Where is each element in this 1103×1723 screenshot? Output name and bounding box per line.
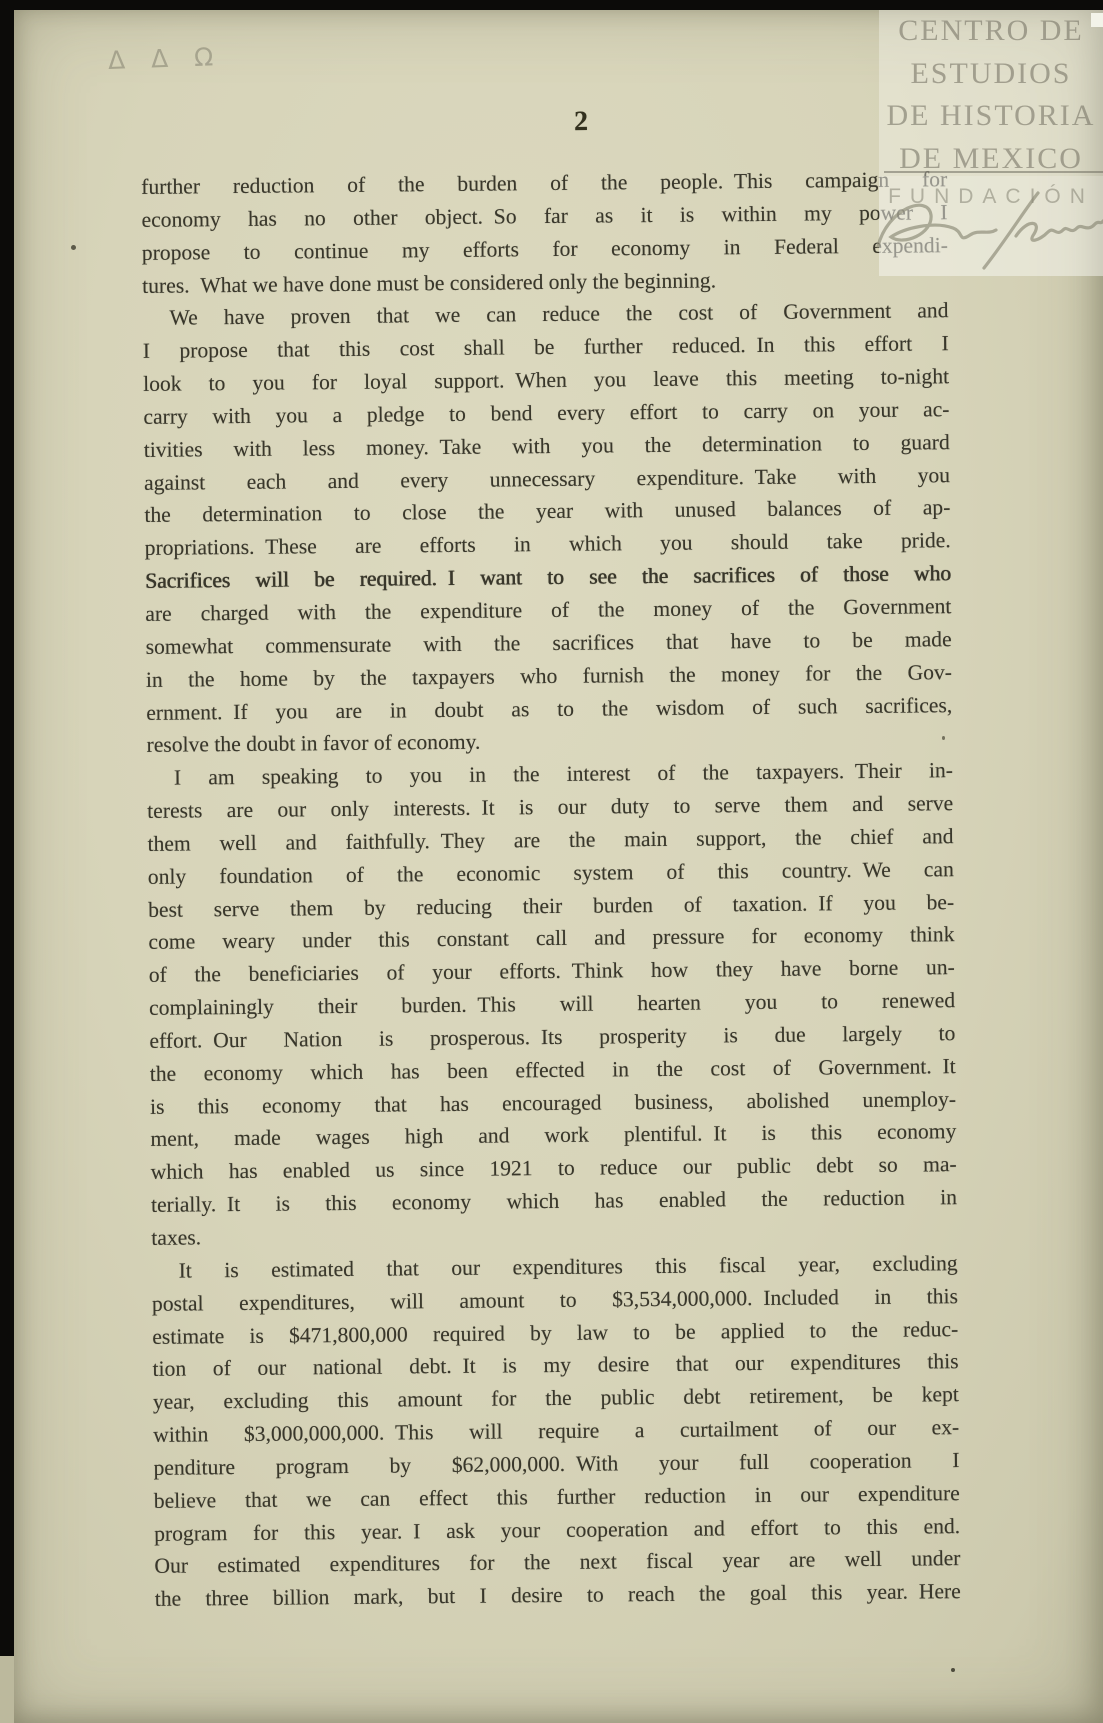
scan-edge-top — [0, 0, 1103, 10]
watermark-line-1: CENTRO DE — [879, 10, 1103, 53]
pencil-annotation: Δ Δ Ω — [108, 42, 223, 75]
body-text-block: further reduction of the burden of the p… — [141, 163, 961, 1616]
signature-script — [858, 188, 1103, 283]
page-number: 2 — [574, 106, 588, 138]
watermark-line-3: DE HISTORIA — [879, 95, 1103, 138]
dust-speck — [942, 736, 945, 740]
scan-edge-left — [0, 0, 14, 1656]
paper-edge-bottom-left — [0, 1652, 14, 1723]
dust-speck — [951, 1668, 955, 1672]
dust-speck — [71, 245, 76, 250]
watermark-line-4: DE MEXICO — [879, 138, 1103, 181]
scanned-document-page: Δ Δ Ω 2 further reduction of the burden … — [0, 0, 1103, 1723]
watermark-institution: CENTRO DE ESTUDIOS DE HISTORIA DE MEXICO — [879, 10, 1103, 180]
watermark-line-2: ESTUDIOS — [879, 53, 1103, 96]
watermark-divider-line — [884, 171, 1103, 173]
